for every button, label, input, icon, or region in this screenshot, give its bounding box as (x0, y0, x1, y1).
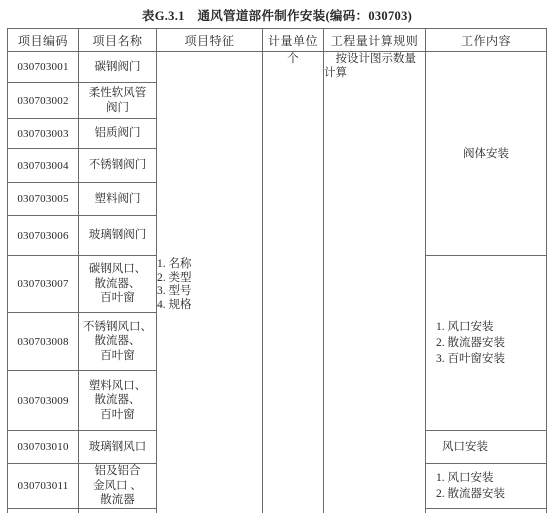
item-code: 030703007 (8, 256, 79, 313)
unit-cell: 个 (263, 52, 324, 513)
col-header-item-feature: 项目特征 (157, 29, 263, 52)
item-code: 030703001 (8, 52, 79, 83)
item-feature-cell: 1. 名称 2. 类型 3. 型号 4. 规格 (157, 52, 263, 513)
item-code: 030703011 (8, 464, 79, 509)
work-content-outlet-cell: 风口安装 (426, 431, 547, 464)
item-code: 030703002 (8, 83, 79, 119)
item-name: 碳钢阀门 (79, 52, 157, 83)
col-header-unit: 计量单位 (263, 29, 324, 52)
item-code: 030703008 (8, 313, 79, 371)
table-title: 表G.3.1 通风管道部件制作安装(编码：030703) (0, 6, 554, 24)
spec-table: 项目编码 项目名称 项目特征 计量单位 工程量计算规则 工作内容 0307030… (7, 28, 547, 513)
col-header-calc-rule: 工程量计算规则 (324, 29, 426, 52)
item-name: 玻璃钢阀门 (79, 216, 157, 256)
header-row: 项目编码 项目名称 项目特征 计量单位 工程量计算规则 工作内容 (8, 29, 547, 52)
item-code: 030703006 (8, 216, 79, 256)
item-name: 铝及铝合 金风口 、 散流器 (79, 464, 157, 509)
item-code: 030703010 (8, 431, 79, 464)
item-code-stub (8, 509, 79, 513)
item-name: 碳钢风口、 散流器、 百叶窗 (79, 256, 157, 313)
col-header-item-name: 项目名称 (79, 29, 157, 52)
table-row: 030703001 碳钢阀门 1. 名称 2. 类型 3. 型号 4. 规格 个… (8, 52, 547, 83)
work-content-valve-cell: 阀体安装 (426, 52, 547, 256)
col-header-item-code: 项目编码 (8, 29, 79, 52)
item-name: 塑料风口、 散流器、 百叶窗 (79, 371, 157, 431)
col-header-work-content: 工作内容 (426, 29, 547, 52)
item-name: 塑料阀门 (79, 183, 157, 216)
item-code: 030703009 (8, 371, 79, 431)
work-content-outlet2-cell: 1. 风口安装 2. 散流器安装 (426, 464, 547, 509)
document-page: 表G.3.1 通风管道部件制作安装(编码：030703) 项目编码 项目名称 项… (0, 0, 554, 513)
item-name-stub (79, 509, 157, 513)
item-code: 030703005 (8, 183, 79, 216)
item-name: 不锈钢阀门 (79, 149, 157, 183)
work-content-outlet3-cell: 1. 风口安装 2. 散流器安装 3. 百叶窗安装 (426, 256, 547, 431)
item-name: 铝质阀门 (79, 119, 157, 149)
item-code: 030703003 (8, 119, 79, 149)
item-name: 玻璃钢风口 (79, 431, 157, 464)
item-name: 不锈钢风口、 散流器、 百叶窗 (79, 313, 157, 371)
calc-rule-cell: 按设计图示数量 计算 (324, 52, 426, 513)
work-content-stub (426, 509, 547, 513)
item-name: 柔性软风管 阀门 (79, 83, 157, 119)
item-code: 030703004 (8, 149, 79, 183)
